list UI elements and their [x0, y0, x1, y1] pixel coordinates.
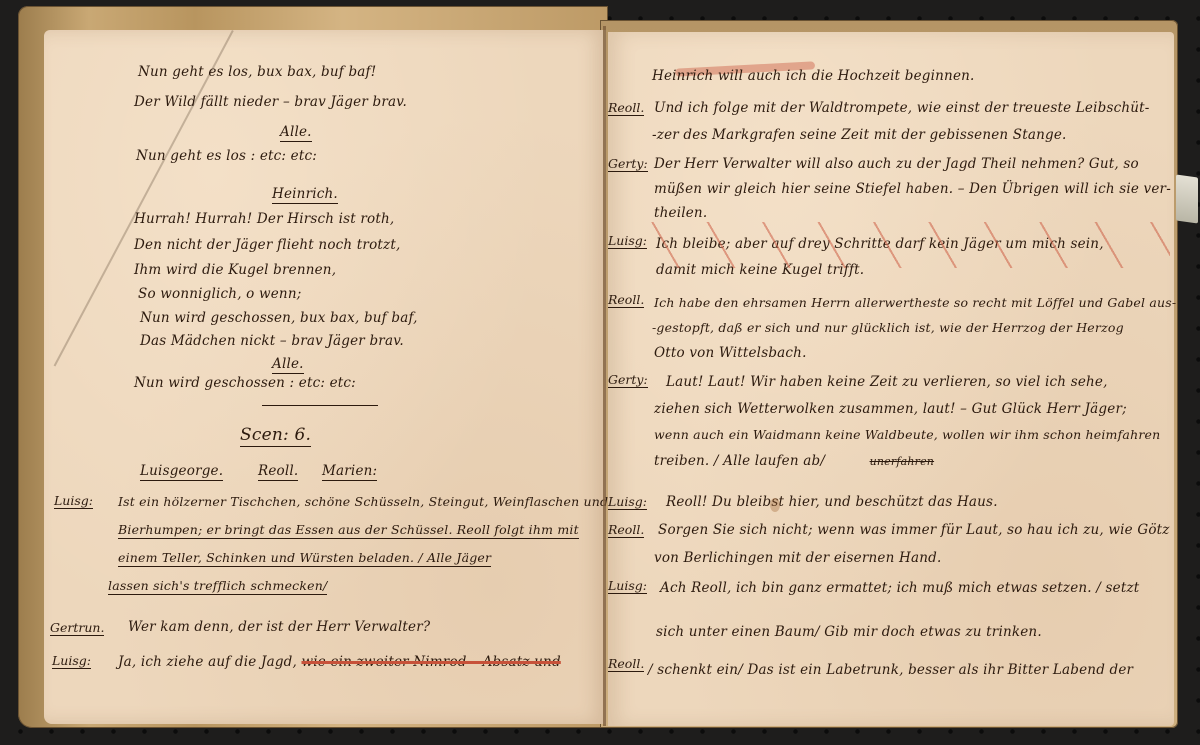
song-line: Nun wird geschossen, bux bax, buf baf, — [140, 310, 418, 326]
dialogue-line: / schenkt ein/ Das ist ein Labetrunk, be… — [648, 662, 1133, 678]
song-line: Ihm wird die Kugel brennen, — [134, 262, 336, 278]
song-line: Den nicht der Jäger flieht noch trotzt, — [134, 237, 400, 253]
dialogue-text: treiben. / Alle laufen ab/ — [654, 453, 825, 469]
crossed-out-line: Ich bleibe; aber auf drey Schritte darf … — [656, 236, 1104, 252]
speaker-label: Gerty: — [608, 156, 648, 172]
song-line: Das Mädchen nickt – brav Jäger brav. — [140, 333, 404, 349]
dialogue-line: treiben. / Alle laufen ab/ unerfahren — [654, 453, 934, 469]
dialogue-line: Otto von Wittelsbach. — [654, 345, 807, 361]
dialogue-line: theilen. — [654, 205, 707, 221]
dialogue-line: Laut! Laut! Wir haben keine Zeit zu verl… — [666, 374, 1108, 390]
stage-direction: einem Teller, Schinken und Würsten belad… — [118, 550, 491, 567]
dialogue-line: -zer des Markgrafen seine Zeit mit der g… — [652, 127, 1067, 143]
chorus-label: Alle. — [280, 124, 312, 142]
dialogue-line: Ach Reoll, ich bin ganz ermattet; ich mu… — [660, 580, 1139, 596]
paper-tab-slip — [1176, 174, 1198, 223]
speaker-label: Reoll. — [608, 100, 644, 116]
open-manuscript-book: Nun geht es los, bux bax, buf baf! Der W… — [0, 0, 1200, 745]
song-line: Hurrah! Hurrah! Der Hirsch ist roth, — [134, 211, 394, 227]
chorus-label: Alle. — [272, 356, 304, 374]
dialogue-line: Wer kam denn, der ist der Herr Verwalter… — [128, 619, 430, 635]
section-divider — [262, 405, 378, 406]
dialogue-line: Reoll! Du bleibst hier, und beschützt da… — [666, 494, 998, 510]
dialogue-line: Der Herr Verwalter will also auch zu der… — [654, 156, 1139, 172]
dialogue-line: sich unter einen Baum/ Gib mir doch etwa… — [656, 624, 1042, 640]
song-line: Nun geht es los, bux bax, buf baf! — [138, 64, 376, 80]
stage-direction: Ist ein hölzerner Tischchen, schöne Schü… — [118, 494, 608, 509]
dialogue-text: Ja, ich ziehe auf die Jagd, — [118, 654, 302, 670]
speaker-label: Luisg: — [608, 578, 647, 594]
speaker-label: Reoll. — [608, 292, 644, 308]
speaker-label: Luisg: — [54, 493, 93, 509]
dialogue-line: wenn auch ein Waidmann keine Waldbeute, … — [654, 427, 1160, 442]
interlinear-correction: unerfahren — [870, 455, 935, 468]
dialogue-line: Ich habe den ehrsamen Herrn allerwerthes… — [654, 295, 1176, 310]
dialogue-line: -gestopft, daß er sich und nur glücklich… — [652, 320, 1124, 335]
dialogue-line: Und ich folge mit der Waldtrompete, wie … — [654, 100, 1150, 116]
crossed-out-line: damit mich keine Kugel trifft. — [656, 262, 864, 278]
cast-member: Luisgeorge. — [140, 463, 223, 481]
dialogue-line: Heinrich will auch ich die Hochzeit begi… — [652, 68, 975, 84]
dialogue-line: Sorgen Sie sich nicht; wenn was immer fü… — [658, 522, 1170, 538]
scene-title: Scen: 6. — [240, 425, 311, 447]
cast-member: Marien: — [322, 463, 377, 481]
song-line: So wonniglich, o wenn; — [138, 286, 301, 302]
dialogue-line: Ja, ich ziehe auf die Jagd, wie ein zwei… — [118, 654, 561, 670]
book-gutter — [603, 26, 606, 726]
ink-stain — [770, 498, 780, 512]
struck-correction: wie ein zweiter Nimrod – Absatz und — [302, 654, 561, 670]
dialogue-line: ziehen sich Wetterwolken zusammen, laut!… — [654, 401, 1127, 417]
stage-direction: lassen sich's trefflich schmecken/ — [108, 578, 327, 595]
speaker-label: Reoll. — [608, 522, 644, 538]
speaker-label: Luisg: — [608, 233, 647, 249]
dialogue-line: von Berlichingen mit der eisernen Hand. — [654, 550, 941, 566]
speaker-label: Gertrun. — [50, 620, 104, 636]
stage-direction: Bierhumpen; er bringt das Essen aus der … — [118, 522, 579, 539]
speaker-label: Luisg: — [52, 653, 91, 669]
chorus-line: Nun geht es los : etc: etc: — [136, 148, 317, 164]
speaker-label: Reoll. — [608, 656, 644, 672]
singer-label: Heinrich. — [272, 186, 338, 204]
speaker-label: Gerty: — [608, 372, 648, 388]
speaker-label: Luisg: — [608, 494, 647, 510]
dialogue-line: müßen wir gleich hier seine Stiefel habe… — [654, 181, 1171, 197]
cast-member: Reoll. — [258, 463, 298, 481]
song-line: Der Wild fällt nieder – brav Jäger brav. — [134, 94, 407, 110]
chorus-line: Nun wird geschossen : etc: etc: — [134, 375, 356, 391]
